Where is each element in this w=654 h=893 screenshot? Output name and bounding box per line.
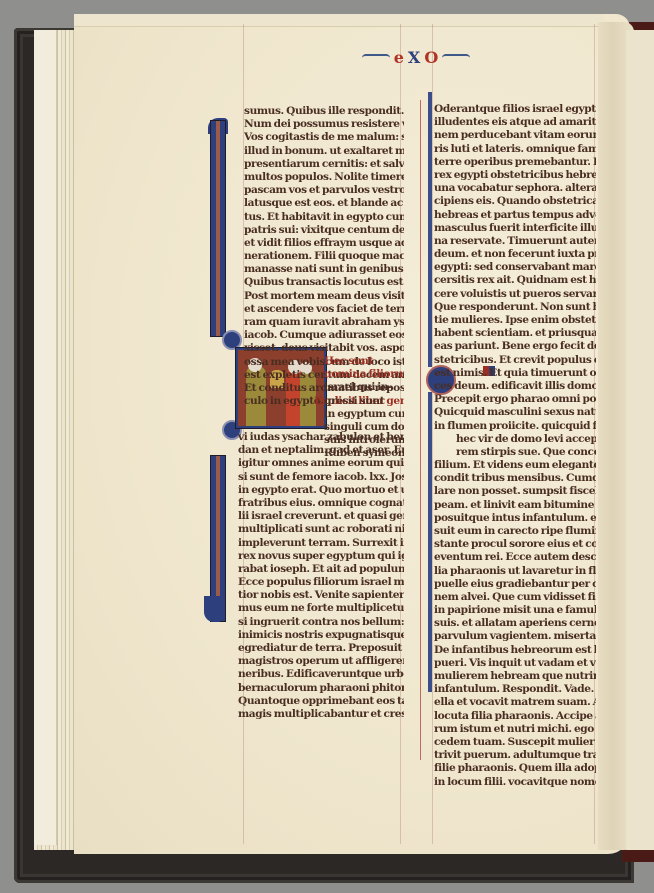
text-line: Oderantque filios israel egyptii et affl… bbox=[434, 103, 596, 116]
text-line: Que responderunt. Non sunt hebree sicut … bbox=[434, 301, 596, 314]
text-line: dan et neptalim. gad et aser. Erant bbox=[238, 444, 404, 457]
text-line: rex novus super egyptum qui igno- bbox=[238, 550, 404, 563]
ruling-line bbox=[432, 24, 433, 844]
initial-bar-blue bbox=[428, 392, 432, 692]
text-line: De infantibus hebreorum est hic. Cui sor… bbox=[434, 644, 596, 657]
text-line: parvulum vagientem. miserta eius ait. bbox=[434, 630, 596, 643]
text-line: et ascendere vos faciet de terra ista ad… bbox=[244, 303, 404, 316]
text-line: in egyptum cum iacob bbox=[324, 408, 404, 421]
running-title-o: O bbox=[424, 50, 438, 66]
running-title: e X O bbox=[356, 48, 476, 68]
text-line: eventum rei. Ecce autem descendebat fi- bbox=[434, 551, 596, 564]
text-line: ram quam iuravit abraham ysaac et bbox=[244, 316, 404, 329]
text-line: tior nobis est. Venite sapienter opprima… bbox=[238, 589, 404, 602]
text-line: culo in egypto. bbox=[244, 395, 314, 408]
text-line: ella et vocavit matrem suam. Ad quam bbox=[434, 696, 596, 709]
text-line: suis. et allatam aperiens cernensque in … bbox=[434, 617, 596, 630]
text-column-left-bottom: vi iudas ysachar zabulon et beniamin dan… bbox=[238, 431, 404, 721]
text-line: stetricibus. Et crevit populus confortat… bbox=[434, 354, 596, 367]
text-column-right-bottom: filium. Et videns eum elegantem abs- con… bbox=[434, 459, 596, 789]
text-line: na reservate. Timuerunt autem obstetrice… bbox=[434, 235, 596, 248]
text-line: habent scientiam. et priusquam veniamus … bbox=[434, 327, 596, 340]
text-line: ris luti et lateris. omnique famulatu qu… bbox=[434, 143, 596, 156]
text-line: filium. Et videns eum elegantem abs- bbox=[434, 459, 596, 472]
text-line: lii israel creverunt. et quasi germinant… bbox=[238, 510, 404, 523]
text-line: egrediatur de terra. Preposuit itaque ei… bbox=[238, 642, 404, 655]
text-line: posuitque intus infantulum. et expo- bbox=[434, 512, 596, 525]
text-line: israel qui in- bbox=[324, 381, 404, 394]
text-line: ces deum. edificavit illis domos. bbox=[434, 380, 596, 393]
flourish-left-icon bbox=[362, 54, 390, 62]
text-line: in locum filii. vocavitque nomen eius bbox=[434, 776, 596, 789]
running-title-e: e bbox=[394, 50, 404, 66]
flyleaf bbox=[34, 30, 57, 845]
text-line: pascam vos et parvulos vestros. Conso- bbox=[244, 184, 404, 197]
text-line: condit tribus mensibus. Cumque iam ce- bbox=[434, 472, 596, 485]
text-line: neribus. Edificaveruntque urbes ta- bbox=[238, 668, 404, 681]
text-line: suit eum in carecto ripe fluminis. bbox=[434, 525, 596, 538]
text-line: filie pharaonis. Quem illa adoptavit bbox=[434, 762, 596, 775]
text-line: patris sui: vixitque centum decem annis bbox=[244, 224, 404, 237]
text-line: gressi sunt bbox=[324, 395, 404, 408]
text-line: cersitis rex ait. Quidnam est hoc quod f… bbox=[434, 274, 596, 287]
initial-letter-stem-upper bbox=[210, 120, 226, 337]
text-line: si sunt de femore iacob. lxx. Joseph aut… bbox=[238, 471, 404, 484]
text-line: si ingruerit contra nos bellum: addatur bbox=[238, 616, 404, 629]
pen-flourish-red bbox=[420, 100, 424, 760]
text-line: multiplicati sunt ac roborati nimis bbox=[238, 523, 404, 536]
facing-page-edge bbox=[626, 30, 654, 850]
text-line: magistros operum ut affligerent eos o- bbox=[238, 655, 404, 668]
text-line: nomina filiorum bbox=[324, 368, 404, 381]
text-line: multos populos. Nolite timere. Ego bbox=[244, 171, 404, 184]
text-line: cedem tuam. Suscepit mulier et nu- bbox=[434, 736, 596, 749]
text-line: masculus fuerit interficite illum si fem… bbox=[434, 222, 596, 235]
text-line: pueri. Vis inquit ut vadam et vocem tibi bbox=[434, 657, 596, 670]
text-line: est nimis. Et quia timuerunt obstetri- bbox=[434, 367, 596, 380]
text-line: xisset. deus visitabit vos. asportate bbox=[244, 342, 404, 355]
text-line: tus. Et habitavit in egypto cum omni dom… bbox=[244, 211, 404, 224]
flourish-right-icon bbox=[442, 54, 470, 62]
text-line: in papirione misit una e famulabus bbox=[434, 604, 596, 617]
text-line: hebreas et partus tempus advenerit si bbox=[434, 209, 596, 222]
text-line: hec vir de domo levi accepit uxo- bbox=[456, 433, 596, 446]
running-title-x: X bbox=[408, 50, 420, 66]
text-line: lia pharaonis ut lavaretur in flumine. e… bbox=[434, 565, 596, 578]
text-line: illud in bonum. ut exaltaret me sicut in bbox=[244, 145, 404, 158]
text-line: presentiarum cernitis: et salvos faceret bbox=[244, 158, 404, 171]
text-line: Hec sunt bbox=[324, 355, 404, 368]
text-column-right-top: Oderantque filios israel egyptii et affl… bbox=[434, 103, 596, 433]
page-top-edge bbox=[74, 14, 604, 27]
text-line: in flumen proiicite. quicquid feminini bbox=[434, 420, 596, 433]
text-line: fratribus eius. omnique cognatione sua. … bbox=[238, 497, 404, 510]
text-line: cipiens eis. Quando obstetricabitis bbox=[434, 195, 596, 208]
text-line: et vidit filios effraym usque ad tertiam… bbox=[244, 237, 404, 250]
text-line: rex egypti obstetricibus hebreorum. quar… bbox=[434, 169, 596, 182]
text-line: Quantoque opprimebant eos tanto bbox=[238, 695, 404, 708]
text-line: terre operibus premebantur. Dixit autem bbox=[434, 156, 596, 169]
text-column-right-bottom: hec vir de domo levi accepit uxo- rem st… bbox=[456, 433, 596, 459]
text-line: manasse nati sunt in genibus ioseph. bbox=[244, 263, 404, 276]
text-line: cere voluistis ut pueros servaretis? bbox=[434, 288, 596, 301]
text-line: nem alvei. Que cum vidisset fiscellam bbox=[434, 591, 596, 604]
text-line: bernaculorum pharaoni phiton et ramesses… bbox=[238, 682, 404, 695]
text-line: infantulum. Respondit. Vade. Perrexit pu… bbox=[434, 683, 596, 696]
text-line: eas pariunt. Bene ergo fecit deus ob- bbox=[434, 340, 596, 353]
text-line: magis multiplicabantur et crescebant. bbox=[238, 708, 404, 721]
text-line: illudentes eis atque ad amaritudi- bbox=[434, 116, 596, 129]
text-line: impleverunt terram. Surrexit interea bbox=[238, 537, 404, 550]
text-line: inimicis nostris expugnatisque nobis bbox=[238, 629, 404, 642]
text-line: peam. et linivit eam bitumine ac pice. bbox=[434, 499, 596, 512]
text-line: nerationem. Filii quoque machir filii bbox=[244, 250, 404, 263]
text-line: rem stirpis sue. Que concepit et peperit bbox=[456, 446, 596, 459]
text-line: lare non posset. sumpsit fiscellam scir- bbox=[434, 485, 596, 498]
text-line: puelle eius gradiebantur per crepidi- bbox=[434, 578, 596, 591]
text-line: stante procul sorore eius et considerant… bbox=[434, 538, 596, 551]
text-line: latusque est eos. et blande ac leniter l… bbox=[244, 197, 404, 210]
text-line: Vos cogitastis de me malum: sed deus ver… bbox=[244, 131, 404, 144]
text-line: locuta filia pharaonis. Accipe ait pue- bbox=[434, 710, 596, 723]
text-line: deum. et non fecerunt iuxta preceptum re… bbox=[434, 248, 596, 261]
text-line: Post mortem meam deus visitabit vos bbox=[244, 290, 404, 303]
text-line: egypti: sed conservabant mares. Quibus a… bbox=[434, 261, 596, 274]
text-line: rum istum et nutri michi. ego dabo tibi … bbox=[434, 723, 596, 736]
initial-bar-blue bbox=[428, 92, 432, 367]
initial-letter-foot bbox=[204, 596, 220, 622]
text-line: tie mulieres. Ipse enim obstetricandi bbox=[434, 314, 596, 327]
text-line: Num dei possumus resistere voluntati? bbox=[244, 118, 404, 131]
text-line: rabat ioseph. Et ait ad populum suum. bbox=[238, 563, 404, 576]
text-line: Quicquid masculini sexus natum fuerit bbox=[434, 406, 596, 419]
text-line: Precepit ergo pharao omni populo suo dic… bbox=[434, 393, 596, 406]
text-line: sumus. Quibus ille respondit. Nolite tim… bbox=[244, 105, 404, 118]
text-line: iacob. Cumque adiurasset eos atque di- bbox=[244, 329, 404, 342]
initial-curl-icon bbox=[222, 330, 242, 350]
text-line: vi iudas ysachar zabulon et beniamin bbox=[238, 431, 404, 444]
text-line: nem perducebant vitam eorum operibus du- bbox=[434, 129, 596, 142]
text-line: igitur omnes anime eorum qui egres- bbox=[238, 457, 404, 470]
text-line: mulierem hebream que nutrire possit bbox=[434, 670, 596, 683]
text-line: Ecce populus filiorum israel multus et f… bbox=[238, 576, 404, 589]
text-line: una vocabatur sephora. altera phua pre- bbox=[434, 182, 596, 195]
text-line: trivit puerum. adultumque tradidit bbox=[434, 749, 596, 762]
text-line: Quibus transactis locutus est fratribus … bbox=[244, 276, 404, 289]
text-line: in egypto erat. Quo mortuo et universis bbox=[238, 484, 404, 497]
text-line: mus eum ne forte multiplicetur: et bbox=[238, 602, 404, 615]
